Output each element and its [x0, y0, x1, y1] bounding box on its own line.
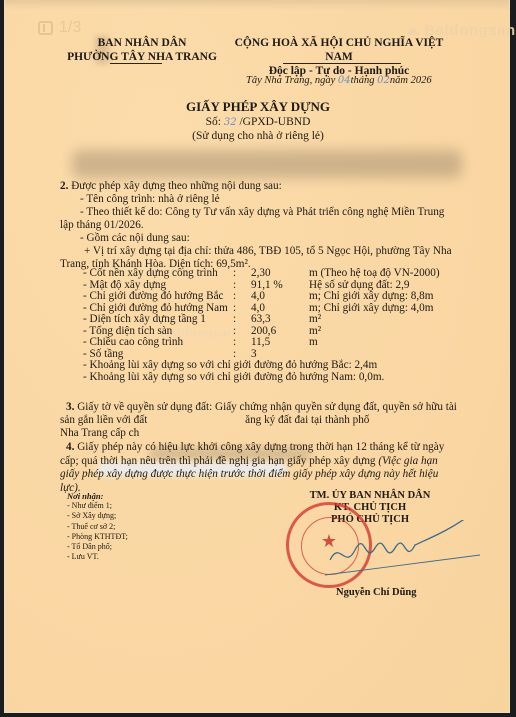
spec-row: - Diện tích xây dựng tầng 1:63,3m²: [83, 314, 440, 326]
handwritten-number: 32: [224, 117, 237, 128]
section-3: 3. Giấy tờ về quyền sử dụng đất: Giấy ch…: [60, 401, 458, 440]
document-title: GIẤY PHÉP XÂY DỰNG: [0, 99, 516, 115]
house-icon: [405, 27, 421, 35]
nation-header: CỘNG HOÀ XÃ HỘI CHỦ NGHĨA VIỆT NAM Độc l…: [225, 36, 453, 78]
recipient-item: - Sở Xây dựng;: [67, 511, 128, 521]
issuer-line1: BAN NHÂN DÂN: [62, 36, 222, 50]
page-counter: 1/3: [38, 19, 81, 37]
work-name: - Tên công trình: nhà ở riêng lẻ: [60, 193, 458, 206]
redacted-section-1: [72, 150, 462, 178]
signer-name: Nguyễn Chí Dũng: [336, 587, 417, 598]
section-4: 4. Giấy phép này có hiệu lực khởi công x…: [60, 441, 458, 495]
recipient-item: - Thuế cơ sở 2;: [67, 522, 128, 532]
pages-icon: [38, 21, 53, 35]
permit-number: Số: 32 /GPXD-UBND: [0, 116, 516, 128]
page-top-shadow: [5, 0, 509, 10]
signature-scribble: [320, 520, 490, 590]
issuer-header: BAN NHÂN DÂN PHƯỜNG TÂY NHA TRANG: [62, 36, 222, 64]
setback-row: - Khoảng lùi xây dựng so với chỉ giới đư…: [83, 372, 440, 384]
spec-row: - Chiều cao công trình:11,5m: [83, 337, 440, 349]
recipient-item: - Phòng KTHTĐT;: [67, 532, 128, 542]
setback-row: - Khoảng lùi xây dựng so với chỉ giới đư…: [83, 360, 440, 372]
page-counter-text: 1/3: [59, 19, 81, 37]
issue-date: Tây Nha Trang, ngày 04tháng 02năm 2026: [246, 75, 432, 86]
section-2: 2. Được phép xây dựng theo những nội dun…: [60, 180, 458, 271]
nation-line1: CỘNG HOÀ XÃ HỘI CHỦ NGHĨA VIỆT NAM: [225, 36, 453, 64]
handwritten-month: 02: [377, 75, 390, 86]
recipients: Nơi nhận: - Như điểm 1;- Sở Xây dựng;- T…: [67, 491, 128, 562]
spec-row: - Cốt nền xây dựng công trình:2,30m (The…: [83, 268, 440, 280]
issuer-underline: [110, 63, 162, 64]
design-by: - Theo thiết kế do: Công ty Tư vấn xây d…: [60, 206, 458, 232]
recipient-item: - Như điểm 1;: [67, 501, 128, 511]
section-2-heading: 2. Được phép xây dựng theo những nội dun…: [60, 180, 458, 193]
recipient-item: - Lưu VT.: [67, 552, 128, 562]
recipient-item: - Tổ Dân phố;: [67, 542, 128, 552]
includes: - Gồm các nội dung sau:: [60, 232, 458, 245]
document-subtitle: (Sử dụng cho nhà ở riêng lẻ): [0, 130, 516, 142]
recipients-heading: Nơi nhận:: [67, 491, 128, 501]
motto-underline: [283, 63, 401, 64]
spec-row: - Chỉ giới đường đỏ hướng Bắc:4,0m; Chỉ …: [83, 291, 440, 303]
spec-table: - Cốt nền xây dựng công trình:2,30m (The…: [83, 268, 440, 383]
issuer-line2: PHƯỜNG TÂY NHA TRANG: [62, 50, 222, 64]
handwritten-day: 04: [338, 75, 351, 86]
